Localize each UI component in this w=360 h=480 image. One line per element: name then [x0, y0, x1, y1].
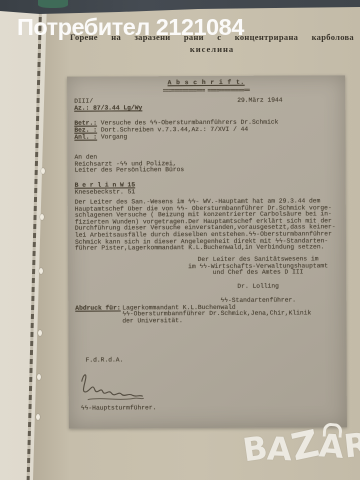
bazar-logo: B A Z A R [243, 431, 360, 463]
signer-title-line: und Chef des Amtes D III [168, 269, 348, 277]
addressee-line: Leiter des Persönlichen Büros [75, 167, 185, 174]
binding-stitch [37, 374, 41, 380]
heading-word: карболова [312, 32, 354, 42]
bez-text: Dort.Schreiben v.7.3.44,Az.: 7/XVI / 44 [101, 126, 248, 134]
doc-date: 29.März 1944 [237, 98, 282, 105]
bazar-letter: A [267, 434, 293, 463]
bazar-letter-bag: A [318, 431, 345, 461]
abdruck-label: Abdruck für: [75, 305, 122, 324]
shopping-bag-handle-icon [323, 423, 343, 438]
binding-stitch [38, 330, 42, 336]
binding-stitch [36, 414, 40, 420]
distribution-block: Abdruck für: Lagerkommandant K.L.Buchenw… [75, 304, 311, 324]
binding-stitch [41, 168, 45, 174]
abdruck-line: der Universität. [122, 317, 311, 324]
handwritten-signature [74, 371, 169, 405]
anl-text: Vorgang [101, 133, 127, 140]
bazar-letter: B [241, 433, 269, 464]
bazar-letter: R [342, 430, 360, 460]
doc-ref-number: Az.: 87/3.44 Lg/Wy [74, 105, 142, 112]
chapter-heading-line2: киселина [70, 44, 354, 54]
heading-word: концентрирана [235, 32, 298, 42]
binding-stitch [39, 268, 43, 274]
doc-anl-line: Anl. : Vorgang [74, 134, 127, 141]
signature-block: Der Leiter des Sanitätswesens im im ϟϟ-W… [168, 256, 348, 277]
footer-rank: ϟϟ-Hauptsturmführer. [81, 405, 157, 412]
user-watermark: Потребител 2121084 [17, 14, 244, 41]
listing-photo: Горене на заразени рани с концентрирана … [0, 0, 360, 480]
abdruck-recipients: Lagerkommandant K.L.Buchenwald ϟϟ-Oberst… [122, 304, 311, 324]
typed-document-photostat: A b s c h r i f t. =============== =====… [67, 75, 347, 428]
bazar-letter: Z [289, 430, 321, 463]
addressee-street: Knesebeckstr. 51 [75, 189, 136, 196]
binding-stitch [40, 214, 44, 220]
anl-label: Anl. : [74, 134, 97, 141]
body-line: führer Pister,Lagerkommandant K.L.Buchen… [75, 244, 336, 252]
desk-teal-patch [38, 0, 68, 8]
doc-title-underline: =============== =============== [67, 87, 345, 95]
signer-name: Dr. Lolling [168, 283, 348, 291]
body-paragraph: Der Leiter des San.-Wesens im ϟϟ- WV.-Ha… [75, 198, 336, 252]
certification-abbr: F.d.R.d.A. [86, 357, 124, 364]
